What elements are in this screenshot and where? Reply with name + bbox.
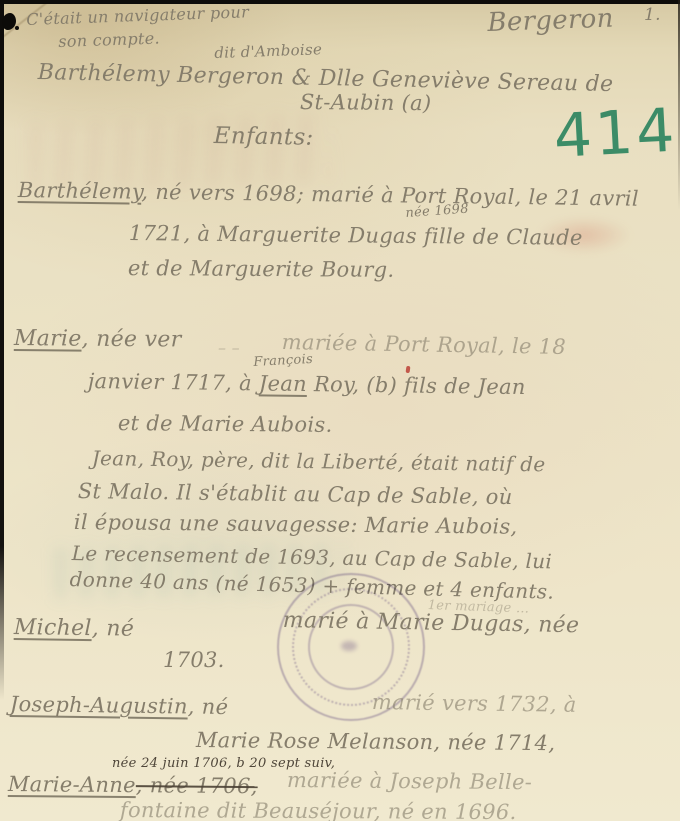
entry-marie-line2-end: Roy, (b) fils de Jean: [307, 372, 526, 399]
roy-note-line1: Jean, Roy, père, dit la Liberté, était n…: [92, 446, 546, 476]
film-edge-top: [0, 0, 680, 4]
entry-joseph-line1-left: Joseph-Augustin, né: [10, 692, 229, 719]
entry-michel-line1-right: marié à Marie Dugas, née: [283, 608, 580, 638]
page-number: 1.: [644, 5, 661, 25]
entry-barthelemy-name: Barthélemy: [18, 178, 142, 204]
entry-marie-line1-right: mariée à Port Royal, le 18: [282, 330, 567, 359]
entry-barthelemy-line1: Barthélemy, né vers 1698; marié à Port R…: [18, 178, 639, 211]
film-edge-left: [0, 0, 4, 700]
marginal-note-line1: C'était un navigateur pour: [26, 2, 249, 29]
entry-michel-name: Michel: [14, 615, 92, 641]
entry-marie-groom-name: Jean: [259, 371, 307, 396]
roy-note-line3: il épousa une sauvagesse: Marie Aubois,: [74, 510, 518, 539]
red-ink-mark: [406, 366, 411, 373]
entry-joseph-line1-rest: , né: [188, 694, 229, 719]
entry-joseph-line1-right: marié vers 1732, à: [372, 690, 577, 717]
title-line2: St-Aubin (a): [300, 90, 432, 115]
ink-blot-speck: [15, 26, 19, 30]
entry-marieanne-line1-left: Marie-Anne, née 1706,: [8, 772, 258, 798]
entry-michel-year: 1703.: [163, 648, 225, 672]
entry-marieanne-name: Marie-Anne: [8, 772, 136, 797]
entry-marieanne-struck-text: , née 1706,: [136, 773, 258, 798]
folio-number: 414: [552, 96, 679, 172]
roy-note-line2: St Malo. Il s'établit au Cap de Sable, o…: [78, 479, 513, 509]
entry-marie-dashes: – –: [218, 338, 240, 357]
entry-joseph-line2: Marie Rose Melanson, née 1714,: [196, 728, 556, 755]
entry-marie-line1-rest: , née ver: [81, 327, 181, 353]
entry-michel-line1-left: Michel, né: [14, 615, 135, 642]
title-interline-addition: dit d'Amboise: [214, 40, 322, 62]
entry-michel-line1-rest: , né: [92, 616, 135, 642]
entry-marieanne-line2: fontaine dit Beauséjour, né en 1696.: [120, 798, 517, 821]
entry-marieanne-line1-right: mariée à Joseph Belle-: [287, 768, 532, 794]
entry-marie-line3: et de Marie Aubois.: [118, 411, 333, 437]
entry-marie-interline: François: [253, 352, 313, 370]
entry-barthelemy-interline: née 1698: [405, 202, 469, 221]
entry-joseph-name: Joseph-Augustin: [10, 692, 188, 718]
surname-header: Bergeron: [487, 4, 614, 38]
stamp-center-mark: [341, 641, 357, 651]
entry-barthelemy-line1-rest: , né vers 1698; marié à Port Royal, le 2…: [141, 180, 639, 211]
entry-marie-name: Marie: [14, 326, 82, 352]
marginal-note-line2: son compte.: [58, 28, 160, 51]
section-heading: Enfants:: [214, 123, 314, 151]
entry-barthelemy-line2: 1721, à Marguerite Dugas fille de Claude: [129, 221, 583, 250]
manuscript-page: C'était un navigateur pour son compte. B…: [0, 0, 680, 821]
entry-marie-line1-left: Marie, née ver: [14, 326, 182, 352]
entry-marie-line2-start: janvier 1717, à: [88, 369, 259, 395]
entry-barthelemy-line3: et de Marguerite Bourg.: [128, 256, 395, 282]
entry-marie-line2: janvier 1717, à Jean Roy, (b) fils de Je…: [88, 369, 526, 399]
